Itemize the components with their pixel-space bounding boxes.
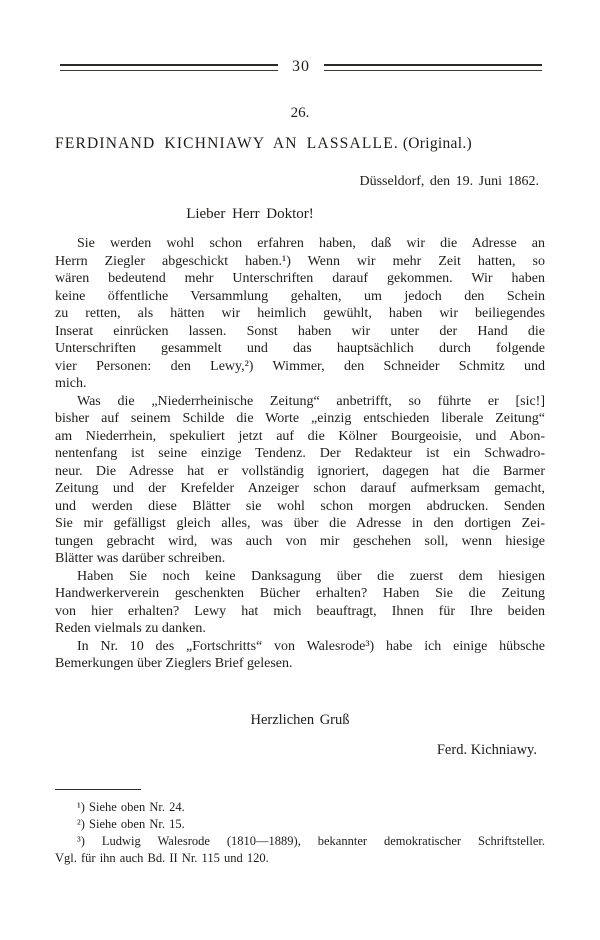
closing: Herzlichen Gruß bbox=[55, 711, 545, 729]
letter-line: Bemerkungen über Zieglers Brief gelesen. bbox=[55, 655, 545, 673]
letter-line: bisher auf seinem Schilde die Worte „ein… bbox=[55, 410, 545, 428]
letter-line: von hier erhalten? Lewy hat mich beauftr… bbox=[55, 603, 545, 621]
section-number: 26. bbox=[55, 104, 545, 122]
letter-body: Sie werden wohl schon erfahren haben, da… bbox=[55, 235, 545, 673]
footnote-line: ²) Siehe oben Nr. 15. bbox=[55, 816, 545, 833]
letter-line: neur. Die Adresse hat er vollständig ign… bbox=[55, 463, 545, 481]
letter-line: tungen gebracht wird, was auch von mir g… bbox=[55, 533, 545, 551]
letter-line: und werden diese Blätter sie wohl schon … bbox=[55, 498, 545, 516]
header-rule-right bbox=[324, 64, 542, 71]
salutation: Lieber Herr Doktor! bbox=[55, 205, 545, 223]
letter-line: zu retten, als hätten wir heimlich gewüh… bbox=[55, 305, 545, 323]
dateline: Düsseldorf, den 19. Juni 1862. bbox=[55, 173, 545, 191]
page-header: 30 bbox=[60, 58, 542, 76]
letter-line: Herrn Ziegler abgeschickt haben.¹) Wenn … bbox=[55, 253, 545, 271]
header-rule-left bbox=[60, 64, 278, 71]
letter-line: vier Personen: den Lewy,²) Wimmer, den S… bbox=[55, 358, 545, 376]
letter-line: Handwerkerverein geschenkten Bücher erha… bbox=[55, 585, 545, 603]
footnotes: ¹) Siehe oben Nr. 24.²) Siehe oben Nr. 1… bbox=[55, 799, 545, 867]
footnote-line: Vgl. für ihn auch Bd. II Nr. 115 und 120… bbox=[55, 850, 545, 867]
letter-line: Sie werden wohl schon erfahren haben, da… bbox=[55, 235, 545, 253]
letter-line: In Nr. 10 des „Fortschritts“ von Walesro… bbox=[55, 638, 545, 656]
letter-line: Unterschriften gesammelt und das hauptsä… bbox=[55, 340, 545, 358]
footnote-line: ¹) Siehe oben Nr. 24. bbox=[55, 799, 545, 816]
letter-line: Reden vielmals zu danken. bbox=[55, 620, 545, 638]
footnote-line: ³) Ludwig Walesrode (1810—1889), bekannt… bbox=[55, 833, 545, 850]
letter-line: Was die „Niederrheinische Zeitung“ anbet… bbox=[55, 393, 545, 411]
letter-line: Blätter was darüber schreiben. bbox=[55, 550, 545, 568]
signature: Ferd. Kichniawy. bbox=[55, 741, 545, 759]
letter-line: keine öffentliche Versammlung gehalten, … bbox=[55, 288, 545, 306]
letter-title-note: (Original.) bbox=[403, 135, 472, 152]
letter-line: nentenfang ist seine einzige Tendenz. De… bbox=[55, 445, 545, 463]
letter-line: am Niederrhein, spekuliert jetzt auf die… bbox=[55, 428, 545, 446]
letter-title-caps: FERDINAND KICHNIAWY AN LASSALLE. bbox=[55, 135, 399, 152]
letter-line: Zeitung und der Krefelder Anzeiger schon… bbox=[55, 480, 545, 498]
letter-line: wären bedeutend mehr Unterschriften dara… bbox=[55, 270, 545, 288]
letter-line: Haben Sie noch keine Danksagung über die… bbox=[55, 568, 545, 586]
footnote-separator bbox=[55, 789, 141, 790]
letter-line: Inserat einrücken lassen. Sonst haben wi… bbox=[55, 323, 545, 341]
letter-line: mich. bbox=[55, 375, 545, 393]
page-number: 30 bbox=[278, 58, 324, 76]
letter-title: FERDINAND KICHNIAWY AN LASSALLE. (Origin… bbox=[55, 134, 545, 153]
letter-line: Sie mir gefälligst gleich alles, was übe… bbox=[55, 515, 545, 533]
book-page: 30 26. FERDINAND KICHNIAWY AN LASSALLE. … bbox=[0, 0, 600, 940]
